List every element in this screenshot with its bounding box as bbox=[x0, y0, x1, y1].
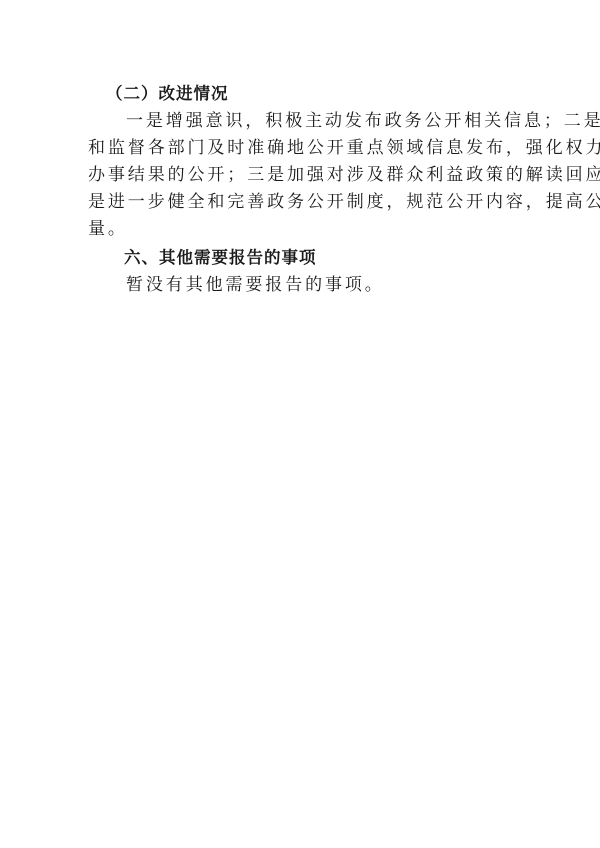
paragraph-line: 暂没有其他需要报告的事项。 bbox=[88, 272, 528, 299]
paragraph-line: 和监督各部门及时准确地公开重点领域信息发布，强化权力运行 bbox=[88, 135, 528, 162]
paragraph-line: 量。 bbox=[88, 216, 528, 243]
paragraph-other-matters: 暂没有其他需要报告的事项。 bbox=[88, 272, 528, 299]
paragraph-improvement: 一是增强意识，积极主动发布政务公开相关信息；二是督促 和监督各部门及时准确地公开… bbox=[88, 108, 528, 243]
paragraph-line: 一是增强意识，积极主动发布政务公开相关信息；二是督促 bbox=[88, 108, 528, 135]
paragraph-line: 办事结果的公开；三是加强对涉及群众利益政策的解读回应；四 bbox=[88, 162, 528, 189]
paragraph-line: 是进一步健全和完善政务公开制度，规范公开内容，提高公开质 bbox=[88, 189, 528, 216]
section-heading-other-matters: 六、其他需要报告的事项 bbox=[88, 244, 528, 272]
document-page: （二）改进情况 一是增强意识，积极主动发布政务公开相关信息；二是督促 和监督各部… bbox=[88, 80, 528, 299]
section-heading-improvement: （二）改进情况 bbox=[88, 80, 528, 108]
